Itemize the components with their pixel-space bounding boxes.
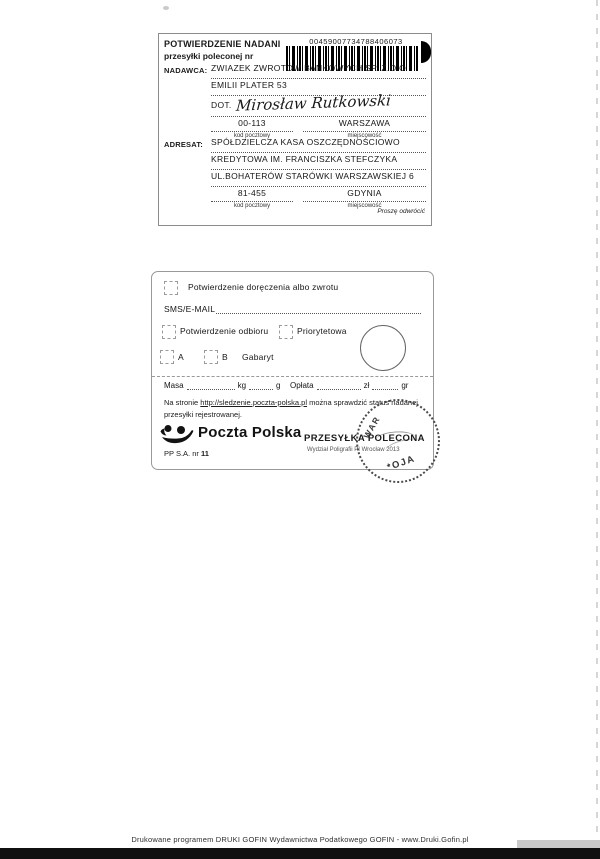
mass-label: Masa — [164, 381, 184, 390]
brand-name: Poczta Polska — [198, 424, 301, 441]
kg-label: kg — [238, 381, 246, 390]
sms-email-field[interactable] — [216, 305, 421, 314]
addressee-label: ADRESAT: — [164, 140, 203, 149]
confirmation-of-posting-form: POTWIERDZENIE NADANI przesyłki poleconej… — [158, 33, 432, 226]
handwritten-name: Mirosław Rutkowski — [235, 91, 391, 114]
mass-row: Masa kg g — [164, 381, 288, 390]
g-label: g — [276, 381, 280, 390]
sender-city-field: WARSZAWA — [303, 118, 426, 132]
receipt-confirmation-label: Potwierdzenie odbioru — [180, 326, 268, 336]
fee-zl-field[interactable] — [317, 381, 361, 390]
turn-over-note: Proszę odwrócić — [377, 208, 425, 215]
addressee-city-field: GDYNIA — [303, 188, 426, 202]
gabaryt-label: Gabaryt — [242, 352, 274, 362]
tracking-note-line2: przesyłki rejestrowanej. — [164, 410, 242, 419]
poczta-polska-logo-icon — [160, 422, 196, 447]
postmark-text-bottom: *OJA — [386, 453, 417, 473]
sender-name-field: ZWIAZEK ZWROTÓW BANKOWYCH SP. Z.O.O — [211, 63, 426, 79]
size-a-label: A — [178, 352, 184, 362]
gr-label: gr — [401, 381, 408, 390]
fee-row: Opłata zł gr — [290, 381, 420, 390]
size-a-checkbox[interactable] — [160, 350, 174, 364]
fee-label: Opłata — [290, 381, 314, 390]
form-number: PP S.A. nr 11 — [164, 449, 209, 458]
delivery-confirmation-label: Potwierdzenie doręczenia albo zwrotu — [188, 282, 338, 292]
postcode-caption: kod pocztowy — [211, 203, 293, 209]
sms-email-label: SMS/E-MAIL — [164, 304, 215, 314]
scan-artifact — [163, 6, 169, 10]
priority-checkbox[interactable] — [279, 325, 293, 339]
postal-options-form: Potwierdzenie doręczenia albo zwrotu SMS… — [151, 271, 434, 470]
tracking-link[interactable]: http://sledzenie.poczta-polska.pl — [200, 398, 307, 407]
grams-field[interactable] — [249, 381, 273, 390]
zl-label: zł — [364, 381, 370, 390]
scan-black-bar — [0, 848, 600, 859]
mass-field[interactable] — [187, 381, 235, 390]
addressee-street-field: UL.BOHATERÓW STARÓWKI WARSZAWSKIEJ 6 — [211, 171, 426, 187]
sender-dot-field: DOT. Mirosław Rutkowski — [211, 94, 426, 117]
addressee-name-field-1: SPÓŁDZIELCZA KASA OSZCZĘDNOŚCIOWO — [211, 137, 426, 153]
receipt-confirmation-checkbox[interactable] — [162, 325, 176, 339]
date-stamp-placeholder-circle — [360, 325, 406, 371]
section-divider — [152, 376, 433, 377]
delivery-confirmation-checkbox[interactable] — [164, 281, 178, 295]
scanned-document-page: POTWIERDZENIE NADANI przesyłki poleconej… — [0, 0, 600, 859]
barcode-number: 00459007734788406073 — [286, 37, 426, 46]
scan-edge-artifact — [596, 0, 598, 859]
form-number-prefix: PP S.A. nr — [164, 449, 201, 458]
print-program-footer: Drukowane programem DRUKI GOFIN Wydawnic… — [0, 835, 600, 844]
fee-gr-field[interactable] — [372, 381, 398, 390]
tracking-note-pre: Na stronie — [164, 398, 198, 407]
registration-mark — [421, 41, 431, 63]
size-b-checkbox[interactable] — [204, 350, 218, 364]
addressee-name-field-2: KREDYTOWA IM. FRANCISZKA STEFCZYKA — [211, 154, 426, 170]
sender-label: NADAWCA: — [164, 66, 207, 75]
form-subtitle: przesyłki poleconej nr — [164, 51, 253, 61]
size-b-label: B — [222, 352, 228, 362]
addressee-postcode-field: 81-455 — [211, 188, 293, 202]
priority-label: Priorytetowa — [297, 326, 347, 336]
dot-label: DOT. — [211, 100, 232, 110]
form-title: POTWIERDZENIE NADANI — [164, 39, 281, 49]
form-number-value: 11 — [201, 449, 209, 458]
sender-postcode-field: 00-113 — [211, 118, 293, 132]
